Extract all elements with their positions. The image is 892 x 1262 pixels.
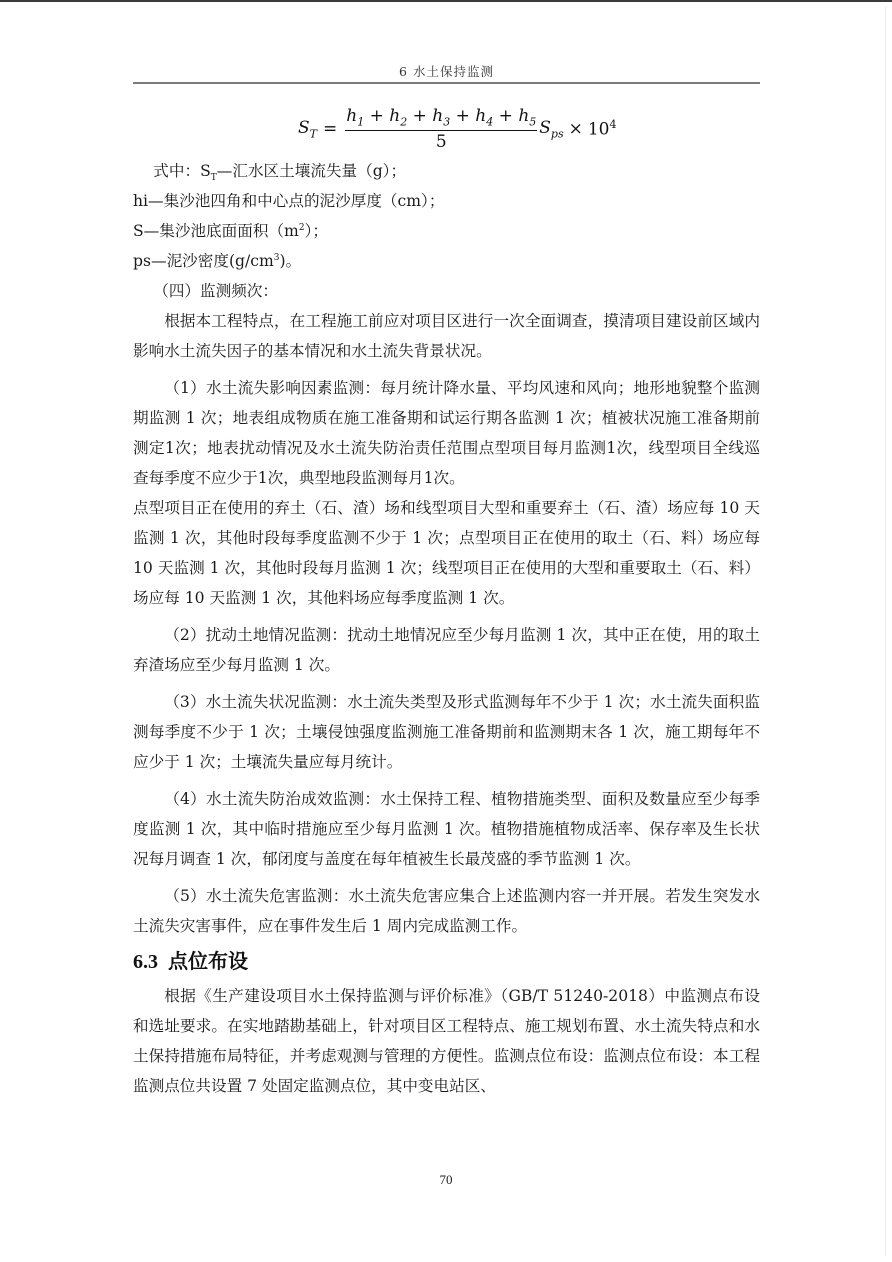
section-paragraph: 根据《生产建设项目水土保持监测与评价标准》（GB/T 51240-2018）中监… [133,981,760,1101]
item-3-paragraph: （3）水土流失状况监测：水土流失类型及形式监测每年不少于 1 次；水土流失面积监… [133,687,760,777]
sediment-formula: ST = h1 + h2 + h3 + h4 + h5 5 Sps × 104 [298,106,617,152]
formula-numerator: h1 + h2 + h3 + h4 + h5 [345,106,537,131]
running-header: 6 水土保持监测 [133,62,760,80]
header-rule [133,82,760,84]
item-1-continuation: 点型项目正在使用的弃土（石、渣）场和线型项目大型和重要弃土（石、渣）场应每 10… [133,493,760,613]
definition-hi: hi—集沙池四角和中心点的泥沙厚度（cm）； [133,186,760,216]
item-1-paragraph: （1）水土流失影响因素监测：每月统计降水量、平均风速和风向；地形地貌整个监测期监… [133,373,760,493]
definition-st: 式中：ST—汇水区土壤流失量（g）； [133,156,760,186]
definition-ps: ps—泥沙密度(g/cm3)。 [133,246,760,276]
document-body: 式中：ST—汇水区土壤流失量（g）； hi—集沙池四角和中心点的泥沙厚度（cm）… [133,156,760,1101]
subsection-label: （四）监测频次： [133,276,760,306]
formula-denominator: 5 [436,131,447,152]
page-top-border [0,0,892,2]
item-5-paragraph: （5）水土流失危害监测：水土流失危害应集合上述监测内容一并开展。若发生突发水土流… [133,881,760,941]
item-2-paragraph: （2）扰动土地情况监测：扰动土地情况应至少每月监测 1 次，其中正在使，用的取土… [133,620,760,680]
intro-paragraph: 根据本工程特点，在工程施工前应对项目区进行一次全面调查，摸清项目建设前区域内影响… [133,306,760,366]
formula-fraction: h1 + h2 + h3 + h4 + h5 5 [345,106,537,152]
formula-factor: Sps [539,118,563,140]
formula-power: 104 [588,118,617,140]
formula-times: × [569,119,583,139]
section-heading: 6.3点位布设 [133,947,760,977]
formula-lhs: ST [298,118,317,140]
formula-equals: = [323,119,337,139]
definition-s: S—集沙池底面面积（m2）； [133,216,760,246]
page-number: 70 [0,1172,892,1188]
page-right-edge [885,6,886,1256]
item-4-paragraph: （4）水土流失防治成效监测：水土保持工程、植物措施类型、面积及数量应至少每季度监… [133,784,760,874]
